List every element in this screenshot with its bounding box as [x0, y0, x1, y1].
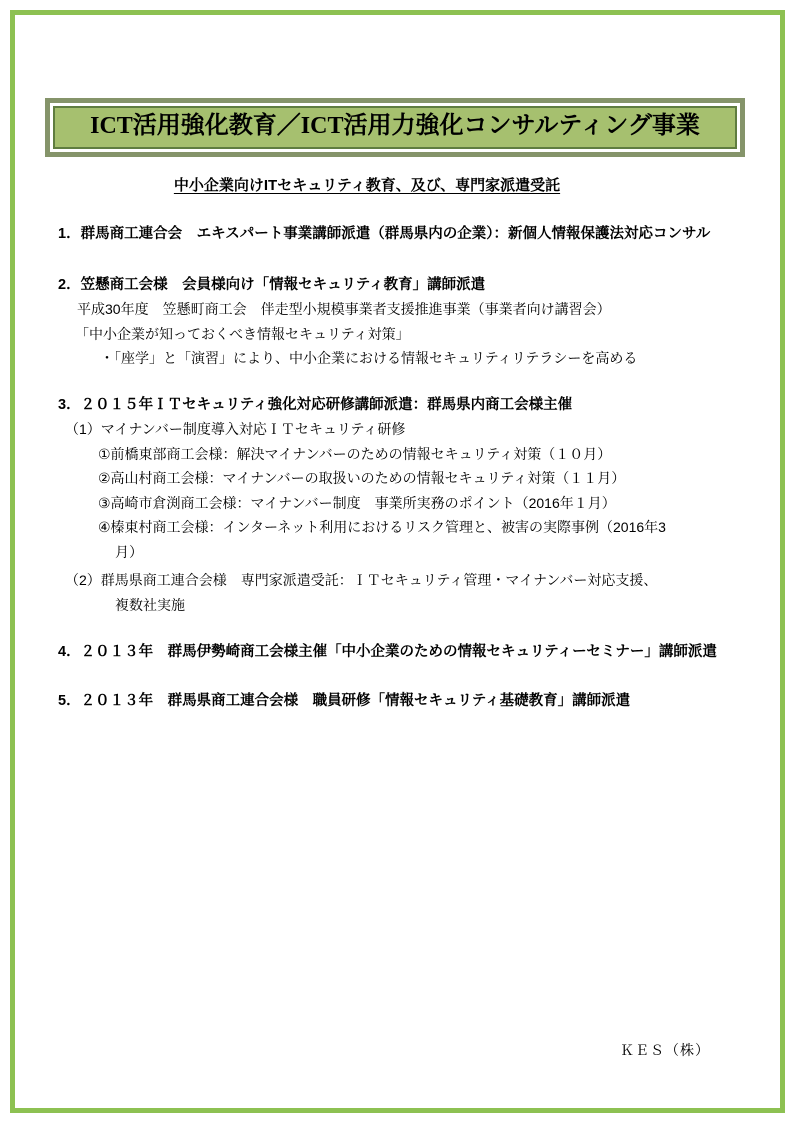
list-item-5-heading: 5．２０１３年 群馬県商工連合会様 職員研修「情報セキュリティ基礎教育」講師派遣 — [58, 689, 794, 714]
company-signature: ＫＥＳ（株） — [620, 1040, 710, 1060]
item-3-circled-1: ①前橋東部商工会様：解決マイナンバーのための情報セキュリティ対策（１０月） — [98, 442, 794, 467]
list-item-2-heading: 2．笠懸商工会様 会員様向け「情報セキュリティ教育」講師派遣 — [58, 273, 794, 298]
item-2-detail-line: 「中小企業が知っておくべき情報セキュリティ対策」 — [75, 322, 794, 347]
item-3-circled-4: ④榛東村商工会様：インターネット利用におけるリスク管理と、被害の実際事例（201… — [98, 515, 794, 540]
title-banner: ICT活用強化教育／ICT活用力強化コンサルティング事業 — [45, 98, 745, 157]
subtitle: 中小企業向けITセキュリティ教育、及び、専門家派遣受託 — [0, 174, 734, 195]
document-page: { "colors": { "page_border": "#8dc152", … — [0, 0, 794, 1123]
item-3-sub-1: （1）マイナンバー制度導入対応ＩＴセキュリティ研修 — [65, 417, 794, 442]
title-banner-inner: ICT活用強化教育／ICT活用力強化コンサルティング事業 — [53, 106, 737, 149]
item-3-circled-3: ③高崎市倉渕商工会様：マイナンバー制度 事業所実務のポイント（2016年１月） — [98, 491, 794, 516]
list-item-3-heading: 3．２０１５年ＩＴセキュリティ強化対応研修講師派遣：群馬県内商工会様主催 — [58, 393, 794, 418]
item-3-circled-2: ②高山村商工会様：マイナンバーの取扱いのための情報セキュリティ対策（１１月） — [98, 466, 794, 491]
item-3-sub-2: （2）群馬県商工連合会様 専門家派遣受託：ＩＴセキュリティ管理・マイナンバー対応… — [65, 568, 794, 593]
document-body: ICT活用強化教育／ICT活用力強化コンサルティング事業 中小企業向けITセキュ… — [0, 0, 794, 713]
item-3-sub-2-continuation: 複数社実施 — [115, 593, 794, 618]
item-2-detail-line: ・「座学」と「演習」により、中小企業における情報セキュリティリテラシーを高める — [100, 346, 794, 371]
page-title: ICT活用強化教育／ICT活用力強化コンサルティング事業 — [55, 111, 735, 142]
list-item-1-heading: 1．群馬商工連合会 エキスパート事業講師派遣（群馬県内の企業）：新個人情報保護法… — [58, 222, 794, 247]
item-2-detail-line: 平成30年度 笠懸町商工会 伴走型小規模事業者支援推進事業（事業者向け講習会） — [77, 297, 794, 322]
item-3-circled-4-continuation: 月） — [115, 540, 794, 565]
list-item-4-heading: 4．２０１３年 群馬伊勢崎商工会様主催「中小企業のための情報セキュリティーセミナ… — [58, 640, 794, 665]
